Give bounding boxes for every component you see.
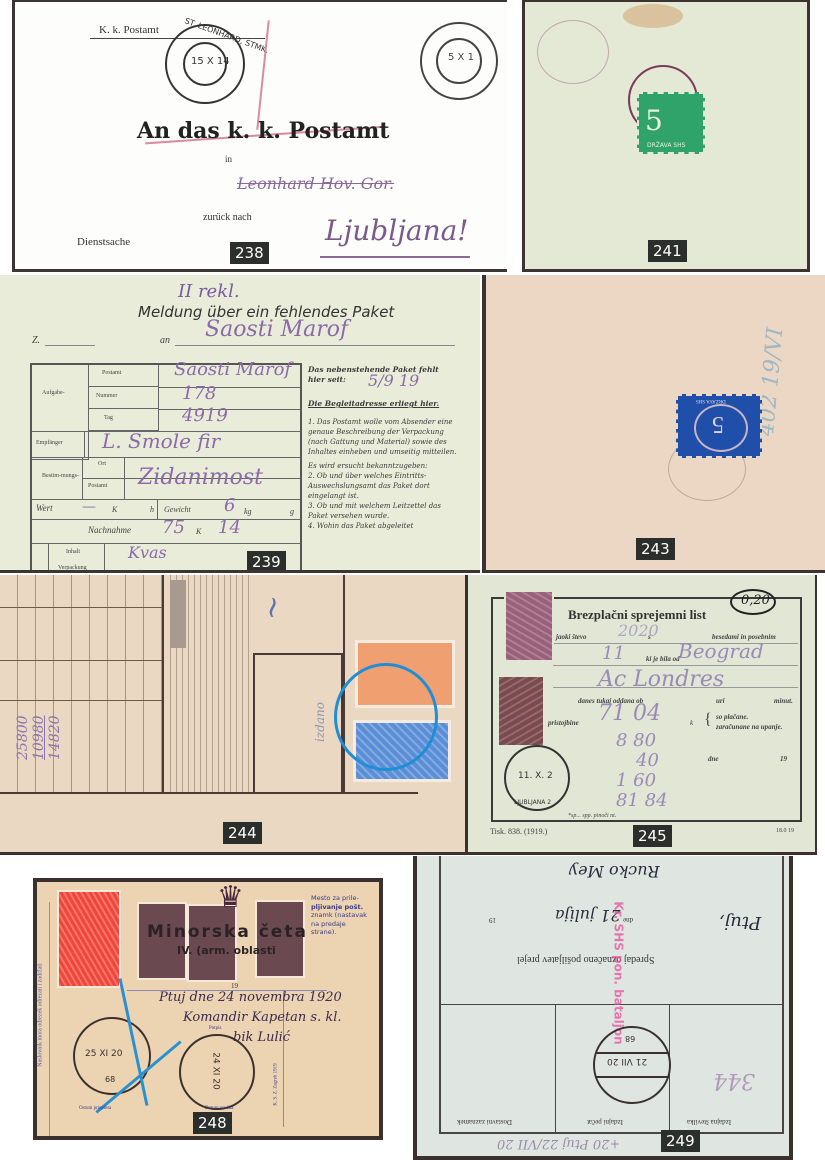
lot-number-249: 249: [661, 1130, 700, 1152]
ljubljana-postmark: 11. X. 2 LJUBLJANA 2: [504, 745, 570, 811]
lot-number-238: 238: [230, 242, 269, 264]
handwriting-signature: Rucko Mey: [569, 862, 660, 881]
blue-cancel: [334, 663, 438, 771]
overprint-line1: Minorska četa: [147, 922, 308, 942]
addressee-title: An das k. k. Postamt: [137, 118, 389, 144]
lot-243-piece[interactable]: 402 19/VI 5 DRŽAVA SHS 243: [482, 275, 825, 573]
right-text: Mesto za prile- pljivanje pošt. znamk (n…: [311, 894, 367, 937]
lot-239-form[interactable]: II rekl. Meldung über ein fehlendes Pake…: [0, 275, 480, 573]
handwriting-place: Ptuj,: [719, 912, 761, 933]
lot-number-245: 245: [633, 825, 672, 847]
blue-signature: ~: [253, 592, 292, 623]
bottom-handwriting: +20 Ptuj 22/VII 20: [497, 1136, 620, 1151]
brown-stamp-2: [187, 904, 237, 982]
destination-handwriting: Ljubljana!: [325, 214, 469, 247]
faint-postmark: [537, 20, 609, 84]
circled-fee: 0,20: [730, 589, 776, 615]
izdano-stamp: izdano: [313, 702, 327, 742]
brown-stamp: [497, 675, 545, 747]
red-pencil-line: [256, 20, 269, 130]
lot-238-cover[interactable]: K. k. Postamt 15 X 14 ST. LEONHARD, STMK…: [12, 0, 507, 272]
service-label: Dienstsache: [77, 236, 130, 248]
lot-248-card[interactable]: Naslovnik mora odrezek odrezati i zadrža…: [33, 878, 383, 1140]
coat-of-arms-icon: ♛: [217, 880, 244, 915]
handwritten-sums: 25800 10980 14820: [15, 700, 105, 760]
lot-244-form[interactable]: 25800 10980 14820 izdano ~ 244: [0, 575, 465, 855]
green-stamp: 5 DRŽAVA SHS: [637, 92, 705, 154]
in-label: in: [225, 154, 232, 164]
ptuj-postmark-2: 24 XI 20: [179, 1034, 255, 1110]
postamt-header-label: K. k. Postamt: [99, 24, 159, 36]
overprint-line2: IV. (arm. oblasti: [177, 944, 276, 957]
return-label: zurück nach: [203, 212, 252, 223]
lot-241-piece[interactable]: 5 DRŽAVA SHS 241: [522, 0, 810, 272]
side-print: Naslovnik mora odrezek odrezati i zadrža…: [38, 963, 44, 1066]
instructions-column: Das nebenstehende Paket fehlt hier seit:…: [308, 365, 458, 531]
lot-number-244: 244: [223, 822, 262, 844]
ptuj-postmark-1: 25 XI 20 68: [73, 1017, 151, 1095]
lot-249-receipt[interactable]: Spredaj označeno pošiljatev prejel dne 1…: [413, 856, 793, 1160]
printed-center-upside-down: Spredaj označeno pošiljatev prejel: [517, 954, 654, 965]
an-value: Saosti Marof: [205, 317, 348, 342]
lot-number-248: 248: [193, 1112, 232, 1134]
stain: [623, 4, 683, 28]
lot-number-241: 241: [648, 240, 687, 262]
lot-number-243: 243: [636, 538, 675, 560]
postmark-right: 5 X 1: [420, 22, 498, 100]
parcel-table: Aufgabe- Postamt Nummer Tag Saosti Marof…: [30, 363, 302, 573]
ptuj-postmark: 21 VII 20 68: [593, 1026, 671, 1104]
handwriting-line1: Ptuj dne 24 novembra 1920: [159, 990, 342, 1005]
column-value: 344: [713, 1068, 755, 1093]
mauve-stamp: [504, 590, 554, 662]
lot-number-239: 239: [247, 551, 286, 573]
handwriting-date: 21 julija: [555, 906, 620, 925]
sum-column: 8 80 40 1 60 81 84: [616, 731, 668, 811]
blue-postage-due-stamp: 5 DRŽAVA SHS: [676, 394, 762, 458]
pink-cachet: Kr. SHS pon. bataljon: [612, 901, 626, 1044]
lot-245-receipt[interactable]: Brezplačni sprejemni list 0,20 jaoki šte…: [465, 575, 817, 855]
handwriting-line2: Komandir Kapetan s. kl.: [183, 1010, 342, 1025]
red-stamp: [57, 890, 121, 988]
struck-destination: Leonhard Hov. Gor.: [237, 174, 394, 193]
handwritten-note: II rekl.: [178, 281, 240, 302]
